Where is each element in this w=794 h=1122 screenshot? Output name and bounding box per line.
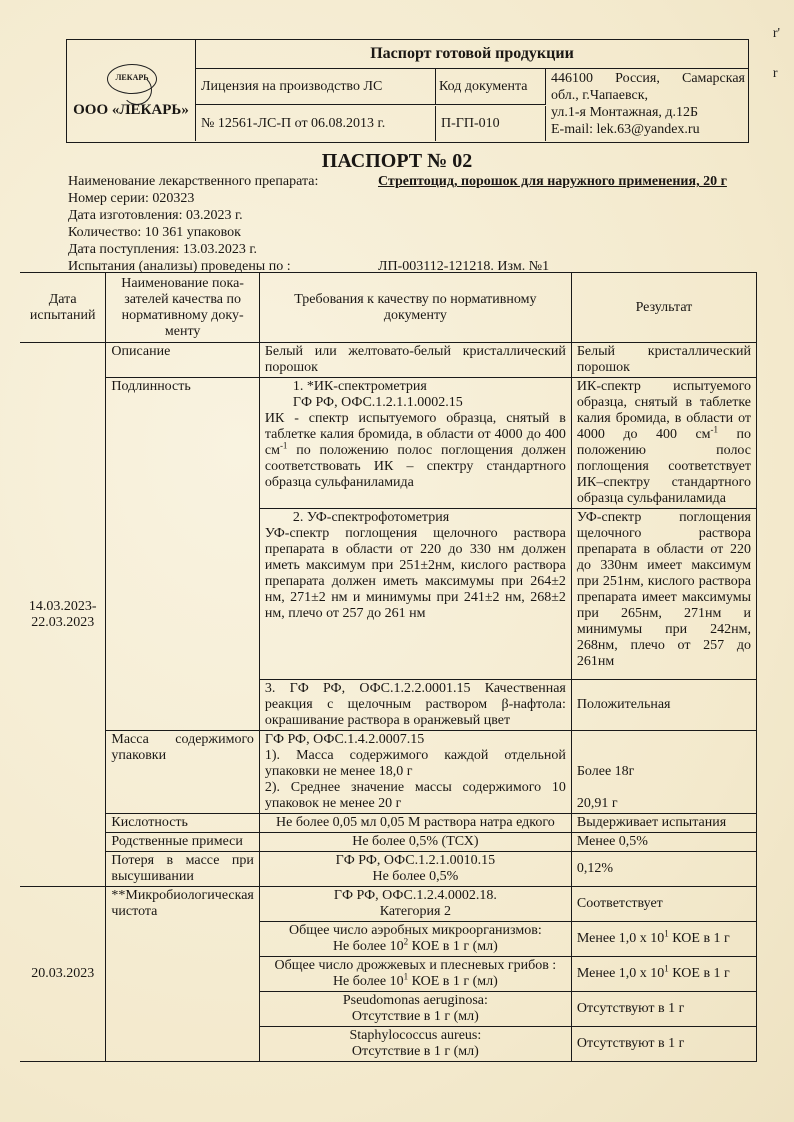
drug-name-label: Наименование лекарственного препарата:	[68, 173, 318, 190]
test-label: Staphylococcus aureus:	[265, 1028, 566, 1044]
receipt-date: Дата поступления: 13.03.2023 г.	[68, 241, 257, 258]
result: Белый кристаллический порошок	[571, 343, 756, 378]
header-indicator: Наименование пока-зателей качества по но…	[106, 273, 259, 343]
result: Положительная	[571, 680, 756, 731]
category: Категория 2	[265, 904, 566, 920]
indicator-name: Масса содержимого упаковки	[106, 731, 259, 814]
table-header-row: Дата испытаний Наименование пока-зателей…	[20, 273, 757, 343]
test-label: Общее число аэробных микроорганизмов:	[265, 923, 566, 939]
method-ref: ГФ РФ, ОФС.1.2.4.0002.18.	[265, 888, 566, 904]
method-ref: ГФ РФ, ОФС.1.2.1.0010.15	[265, 853, 566, 869]
company-address: 446100 Россия, Самарская обл., г.Чапаевс…	[546, 70, 750, 138]
result: Более 18г 20,91 г	[571, 731, 756, 814]
header-requirements: Требования к качеству по нормативному до…	[259, 273, 571, 343]
test-date-1: 14.03.2023- 22.03.2023	[20, 343, 106, 887]
header-title: Паспорт готовой продукции	[196, 40, 748, 69]
handwritten-mark: r	[773, 54, 780, 94]
address-line: ул.1-я Монтажная, д.12Б	[551, 104, 745, 121]
indicator-name: Подлинность	[106, 378, 259, 731]
table-row: Подлинность 1. *ИК-спектрометрия ГФ РФ, …	[20, 378, 757, 509]
license-value: № 12561-ЛС-П от 06.08.2013 г.	[196, 106, 436, 141]
address-line: 446100 Россия, Самарская	[551, 70, 745, 87]
requirement: ГФ РФ, ОФС.1.2.1.0010.15 Не более 0,5%	[259, 852, 571, 887]
requirement-text: УФ-спектр поглощения щелочного раствора …	[265, 526, 566, 622]
address-line: обл., г.Чапаевск,	[551, 87, 745, 104]
header-date: Дата испытаний	[20, 273, 106, 343]
result: Менее 1,0 х 101 КОЕ в 1 г	[571, 922, 756, 957]
requirement: Не более 0,05 мл 0,05 М раствора натра е…	[259, 814, 571, 833]
requirement: Белый или желтовато-белый кристаллически…	[259, 343, 571, 378]
quality-table: Дата испытаний Наименование пока-зателей…	[20, 272, 757, 1062]
table-row: 20.03.2023 **Микробиологическая чистота …	[20, 887, 757, 922]
passport-title: ПАСПОРТ № 02	[0, 150, 794, 173]
series-number: Номер серии: 020323	[68, 190, 194, 207]
requirement: Staphylococcus aureus: Отсутствие в 1 г …	[259, 1027, 571, 1062]
requirement: Не более 0,5% (ТСХ)	[259, 833, 571, 852]
requirement-text: Не более 101 КОЕ в 1 г (мл)	[265, 974, 566, 990]
method-title: 2. УФ-спектрофотометрия	[265, 510, 566, 526]
method-ref: ГФ РФ, ОФС.1.2.1.1.0002.15	[265, 395, 566, 411]
test-label: Pseudomonas aeruginosa:	[265, 993, 566, 1009]
requirement: 1. *ИК-спектрометрия ГФ РФ, ОФС.1.2.1.1.…	[259, 378, 571, 509]
requirement-text: Отсутствие в 1 г (мл)	[265, 1044, 566, 1060]
result: Отсутствуют в 1 г	[571, 992, 756, 1027]
company-name: ООО «ЛЕКАРЬ»	[67, 102, 195, 119]
test-date-2: 20.03.2023	[20, 887, 106, 1062]
requirement: Pseudomonas aeruginosa: Отсутствие в 1 г…	[259, 992, 571, 1027]
method-title: 1. *ИК-спектрометрия	[265, 379, 566, 395]
indicator-name: Потеря в массе при высушивании	[106, 852, 259, 887]
doc-code-value: П-ГП-010	[436, 106, 546, 141]
indicator-name: **Микробиологическая чистота	[106, 887, 259, 1062]
table-row: Кислотность Не более 0,05 мл 0,05 М раст…	[20, 814, 757, 833]
requirement-text: 1). Масса содержимого каждой отдельной у…	[265, 748, 566, 780]
drug-name-value: Стрептоцид, порошок для наружного примен…	[378, 173, 727, 190]
test-label: Общее число дрожжевых и плесневых грибов…	[265, 958, 566, 974]
table-row: 14.03.2023- 22.03.2023 Описание Белый ил…	[20, 343, 757, 378]
requirement: ГФ РФ, ОФС.1.2.4.0002.18. Категория 2	[259, 887, 571, 922]
requirement-text: ИК - спектр испытуемого образца, снятый …	[265, 411, 566, 491]
email: E-mail: lek.63@yandex.ru	[551, 121, 745, 138]
result: Менее 1,0 х 101 КОЕ в 1 г	[571, 957, 756, 992]
requirement-text: Не более 0,5%	[265, 869, 566, 885]
license-label: Лицензия на производство ЛС	[196, 69, 436, 105]
result: ИК-спектр испытуемого образца, снятый в …	[571, 378, 756, 509]
requirement: 2. УФ-спектрофотометрия УФ-спектр поглощ…	[259, 509, 571, 680]
company-logo-icon: ЛЕКАРЬ	[107, 64, 157, 94]
document-header: ЛЕКАРЬ ООО «ЛЕКАРЬ» Паспорт готовой прод…	[66, 39, 749, 143]
indicator-name: Родственные примеси	[106, 833, 259, 852]
requirement: Общее число дрожжевых и плесневых грибов…	[259, 957, 571, 992]
result: УФ-спектр поглощения щелочного раствора …	[571, 509, 756, 680]
handwritten-mark: r'	[773, 14, 780, 54]
manufacture-date: Дата изготовления: 03.2023 г.	[68, 207, 243, 224]
quantity: Количество: 10 361 упаковок	[68, 224, 241, 241]
result: 0,12%	[571, 852, 756, 887]
table-row: Потеря в массе при высушивании ГФ РФ, ОФ…	[20, 852, 757, 887]
table-row: Родственные примеси Не более 0,5% (ТСХ) …	[20, 833, 757, 852]
indicator-name: Описание	[106, 343, 259, 378]
result: Отсутствуют в 1 г	[571, 1027, 756, 1062]
requirement: 3. ГФ РФ, ОФС.1.2.2.0001.15 Качественная…	[259, 680, 571, 731]
requirement: ГФ РФ, ОФС.1.4.2.0007.15 1). Масса содер…	[259, 731, 571, 814]
requirement-text: 2). Среднее значение массы содержимого 1…	[265, 780, 566, 812]
result: Соответствует	[571, 887, 756, 922]
doc-code-label: Код документа	[436, 69, 546, 105]
result-value: Более 18г	[577, 764, 751, 780]
requirement-text: Отсутствие в 1 г (мл)	[265, 1009, 566, 1025]
method-ref: ГФ РФ, ОФС.1.4.2.0007.15	[265, 732, 566, 748]
requirement-text: Не более 102 КОЕ в 1 г (мл)	[265, 939, 566, 955]
requirement: Общее число аэробных микроорганизмов: Не…	[259, 922, 571, 957]
handwritten-marks: r' r	[773, 14, 780, 94]
company-cell: ЛЕКАРЬ ООО «ЛЕКАРЬ»	[67, 40, 196, 141]
result: Выдерживает испытания	[571, 814, 756, 833]
header-result: Результат	[571, 273, 756, 343]
result-value: 20,91 г	[577, 796, 751, 812]
table-row: Масса содержимого упаковки ГФ РФ, ОФС.1.…	[20, 731, 757, 814]
result: Менее 0,5%	[571, 833, 756, 852]
indicator-name: Кислотность	[106, 814, 259, 833]
